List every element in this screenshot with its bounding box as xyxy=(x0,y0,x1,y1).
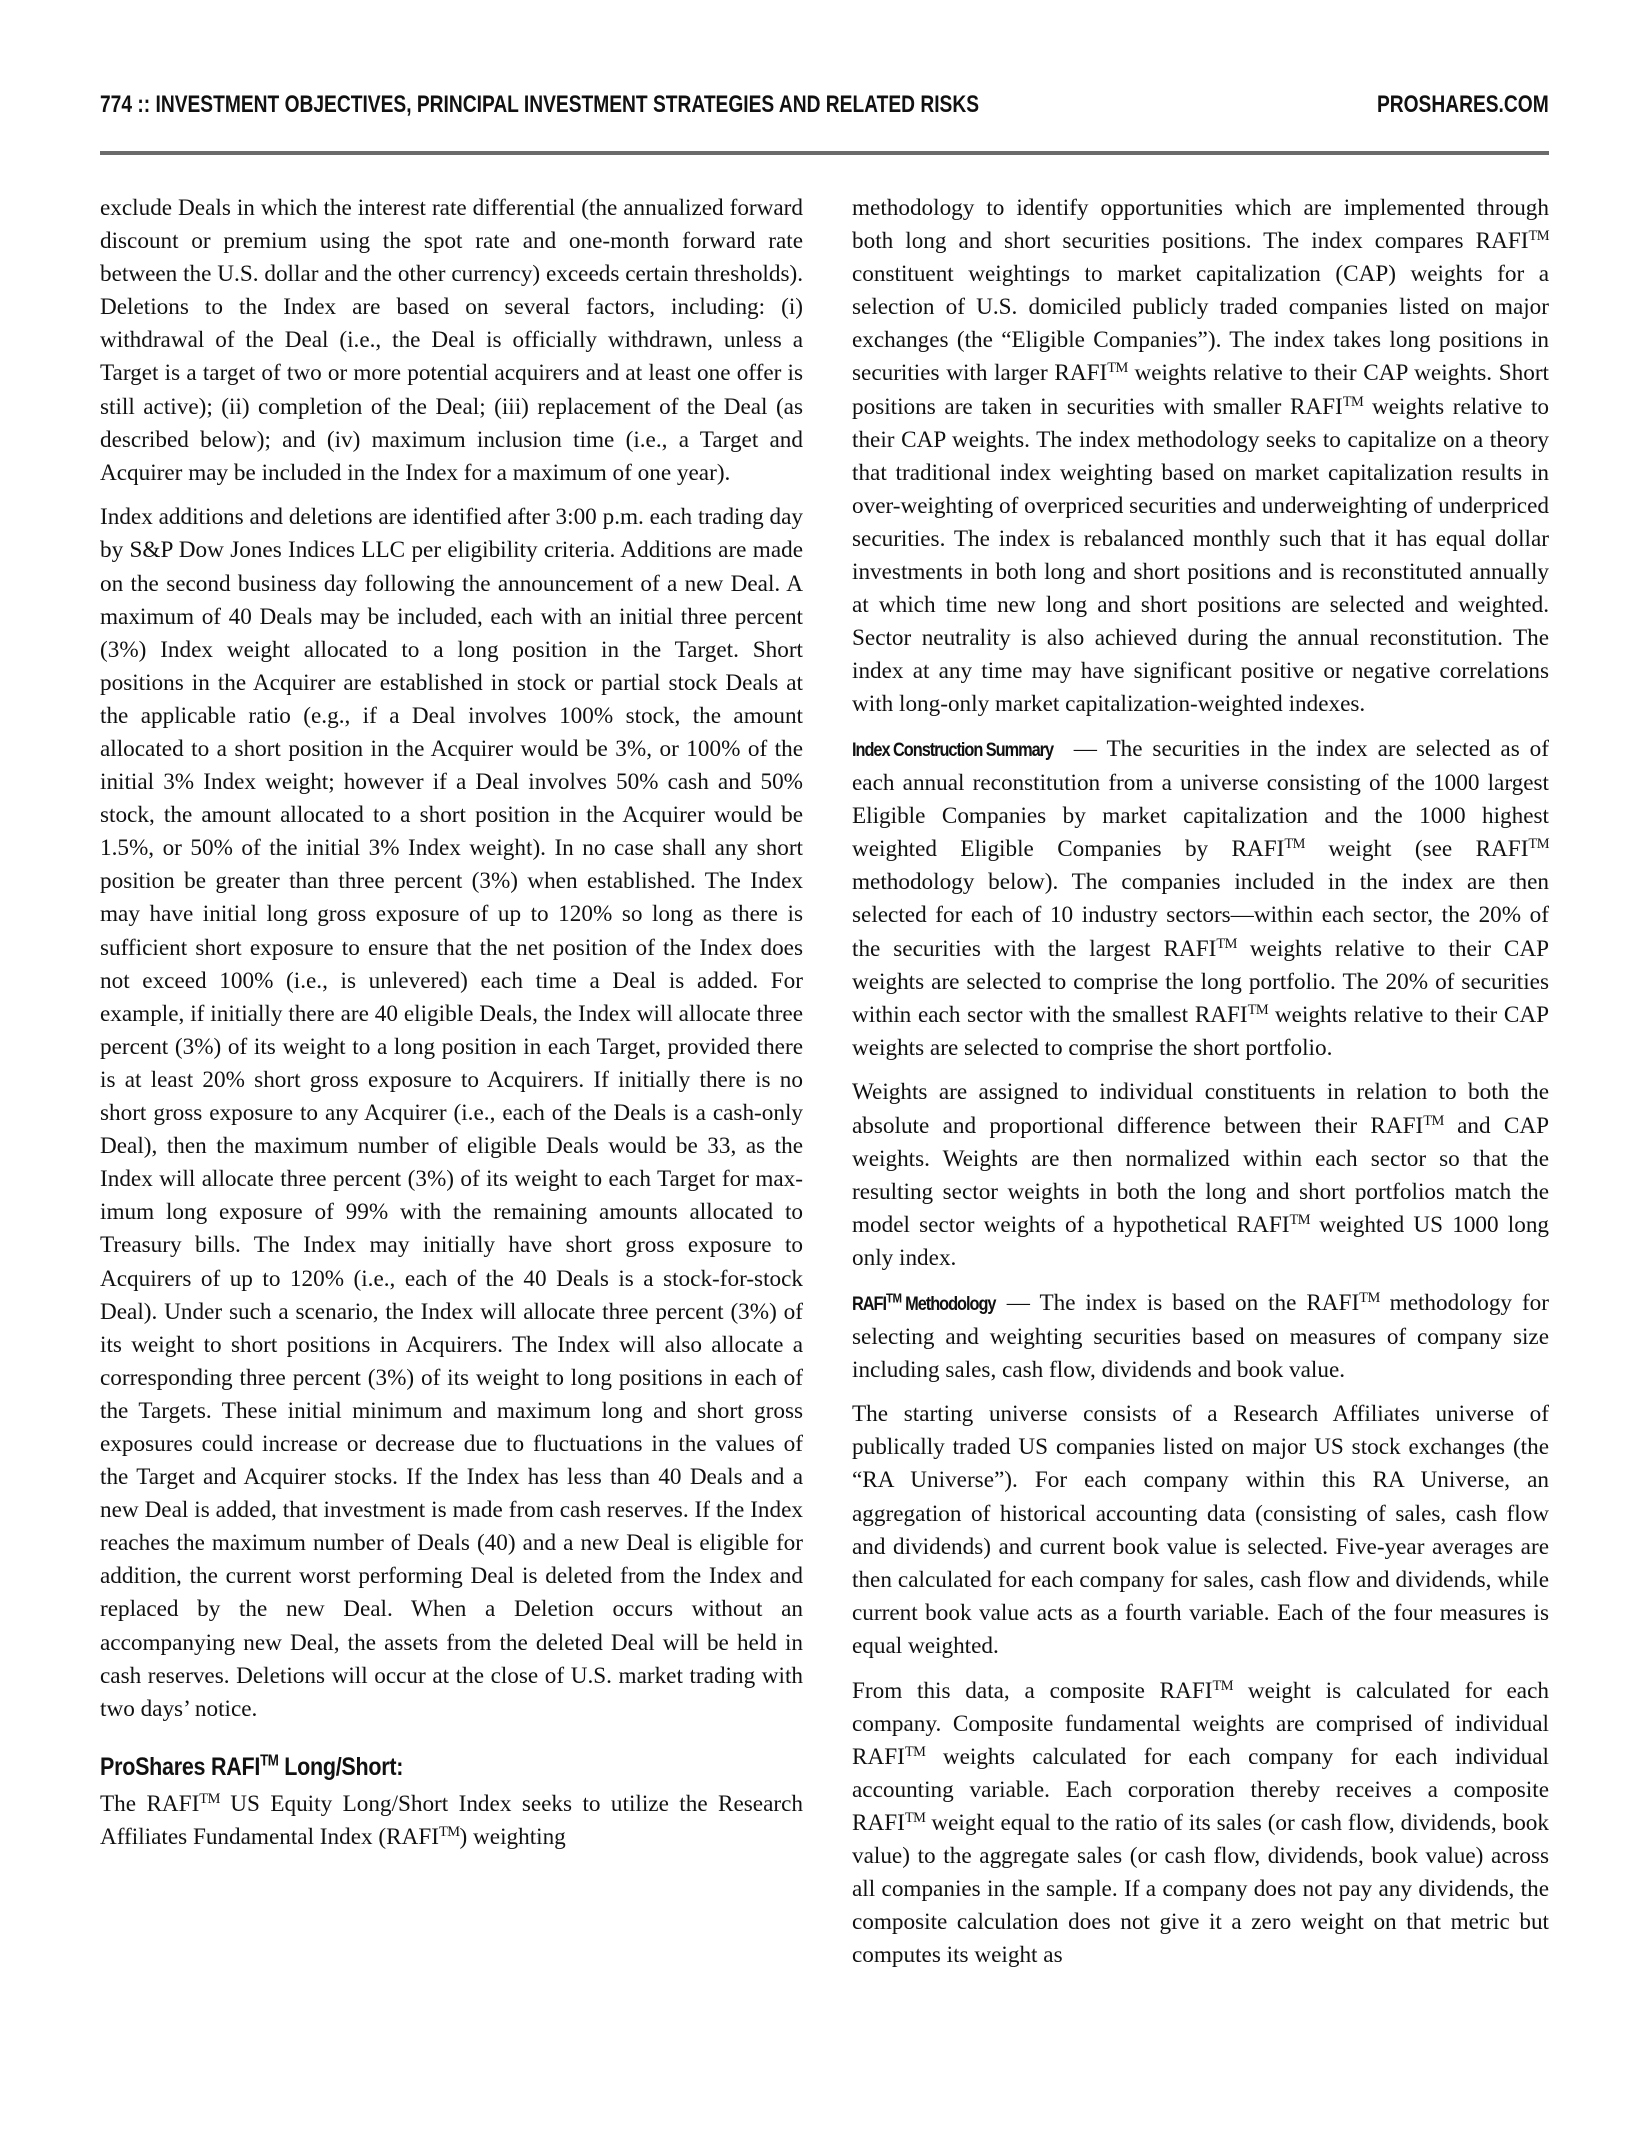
left-column: exclude Deals in which the interest rate… xyxy=(100,192,803,1866)
paragraph-weights-assigned: Weights are assigned to individual const… xyxy=(852,1076,1549,1275)
paragraph-starting-universe: The starting universe consists of a Rese… xyxy=(852,1398,1549,1663)
trademark-mark: TM xyxy=(260,1753,278,1770)
run-in-heading-index-construction: Index Construction Summary xyxy=(852,734,1053,767)
heading-text-prefix: ProShares RAFI xyxy=(100,1753,260,1781)
section-heading-rafi-long-short: ProShares RAFITM Long/Short: xyxy=(100,1752,705,1782)
paragraph-rafi-methodology-overview: methodology to identify opportunities wh… xyxy=(852,192,1549,722)
trademark-mark: TM xyxy=(1284,836,1305,852)
header-divider xyxy=(100,151,1549,155)
trademark-mark: TM xyxy=(1528,228,1549,244)
text-run: The index is based on the RAFI xyxy=(1039,1290,1359,1316)
trademark-mark: TM xyxy=(905,1744,926,1760)
trademark-mark: TM xyxy=(199,1791,220,1807)
trademark-mark: TM xyxy=(1359,1290,1380,1306)
running-head-section-title: 774 :: INVESTMENT OBJECTIVES, PRINCIPAL … xyxy=(100,90,979,120)
text-run: RAFI xyxy=(852,1294,886,1315)
em-dash: — xyxy=(997,1290,1040,1316)
run-in-heading-rafi-methodology: RAFITM Methodology xyxy=(852,1288,995,1321)
trademark-mark: TM xyxy=(886,1290,902,1305)
paragraph-additions-deletions: Index additions and deletions are identi… xyxy=(100,501,803,1725)
paragraph-rafi-methodology: RAFITM Methodology — The index is based … xyxy=(852,1287,1549,1387)
right-column: methodology to identify opportunities wh… xyxy=(852,192,1549,1984)
paragraph-deletions: exclude Deals in which the interest rate… xyxy=(100,192,803,490)
trademark-mark: TM xyxy=(1423,1113,1444,1129)
text-run: weights relative to their CAP weights. T… xyxy=(852,394,1549,718)
paragraph-index-construction-summary: Index Construction Summary — The securit… xyxy=(852,733,1549,1065)
text-run: weight (see RAFI xyxy=(1305,836,1528,862)
trademark-mark: TM xyxy=(1343,394,1364,410)
trademark-mark: TM xyxy=(1528,836,1549,852)
heading-text-suffix: Long/Short: xyxy=(278,1753,403,1781)
trademark-mark: TM xyxy=(439,1824,460,1840)
page-header: 774 :: INVESTMENT OBJECTIVES, PRINCIPAL … xyxy=(100,90,1549,124)
paragraph-rafi-intro: The RAFITM US Equity Long/Short Index se… xyxy=(100,1788,803,1854)
text-run: From this data, a composite RAFI xyxy=(852,1678,1212,1704)
text-run: The RAFI xyxy=(100,1791,199,1817)
running-head-site: PROSHARES.COM xyxy=(1377,90,1549,120)
trademark-mark: TM xyxy=(1290,1212,1311,1228)
text-run: ) weighting xyxy=(460,1824,566,1850)
trademark-mark: TM xyxy=(905,1810,926,1826)
text-run: Methodology xyxy=(902,1294,996,1315)
trademark-mark: TM xyxy=(1248,1002,1269,1018)
text-run: methodology to identify opportunities wh… xyxy=(852,195,1549,254)
trademark-mark: TM xyxy=(1212,1678,1233,1694)
trademark-mark: TM xyxy=(1216,936,1237,952)
text-run: weight equal to the ratio of its sales (… xyxy=(852,1810,1549,1968)
paragraph-composite-weight: From this data, a composite RAFITM weigh… xyxy=(852,1675,1549,1973)
trademark-mark: TM xyxy=(1107,361,1128,377)
em-dash: — xyxy=(1064,736,1107,762)
